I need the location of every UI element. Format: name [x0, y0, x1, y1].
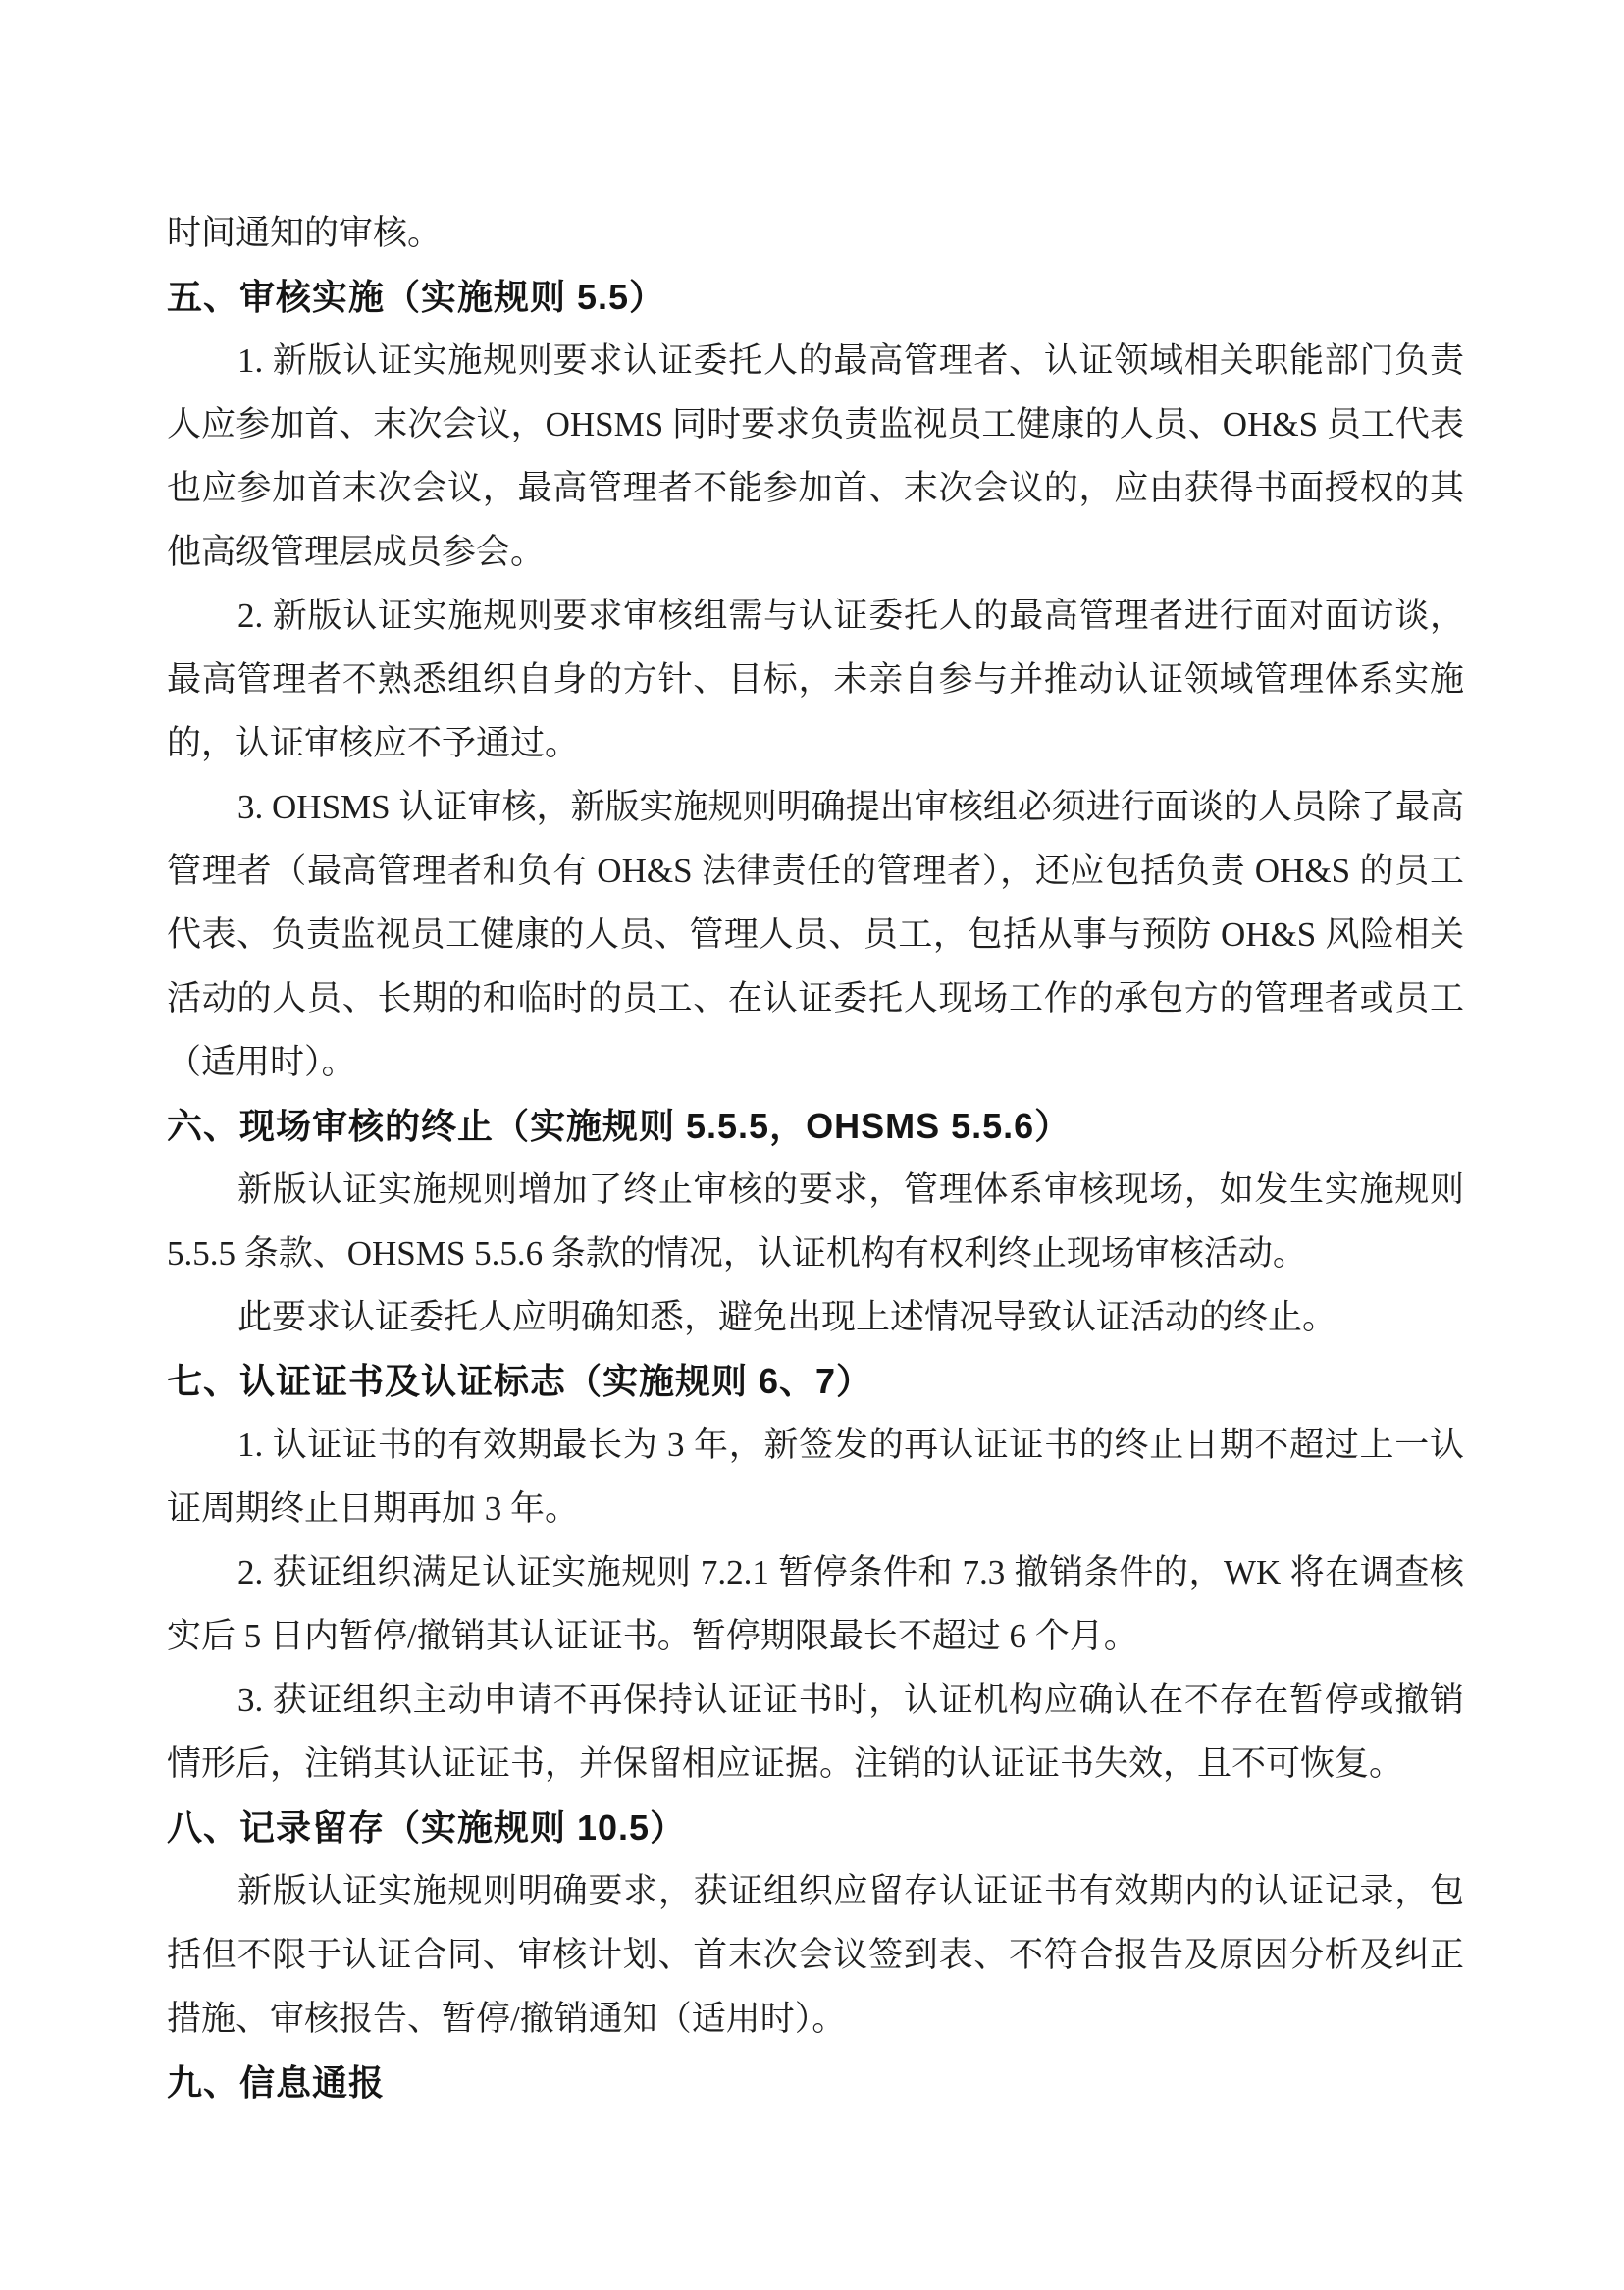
section-9-heading: 九、信息通报 — [167, 2051, 1464, 2114]
continuation-paragraph: 时间通知的审核。 — [167, 201, 1464, 265]
section-5-paragraph-2: 2. 新版认证实施规则要求审核组需与认证委托人的最高管理者进行面对面访谈，最高管… — [167, 584, 1464, 775]
section-5-paragraph-3: 3. OHSMS 认证审核，新版实施规则明确提出审核组必须进行面谈的人员除了最高… — [167, 775, 1464, 1094]
section-5-heading: 五、审核实施（实施规则 5.5） — [167, 265, 1464, 329]
section-8-paragraph-1: 新版认证实施规则明确要求，获证组织应留存认证证书有效期内的认证记录，包括但不限于… — [167, 1859, 1464, 2051]
section-6-paragraph-1: 新版认证实施规则增加了终止审核的要求，管理体系审核现场，如发生实施规则 5.5.… — [167, 1158, 1464, 1285]
section-7-paragraph-3: 3. 获证组织主动申请不再保持认证证书时，认证机构应确认在不存在暂停或撤销情形后… — [167, 1668, 1464, 1796]
scanned-document-page: 时间通知的审核。 五、审核实施（实施规则 5.5） 1. 新版认证实施规则要求认… — [0, 0, 1624, 2290]
section-5-paragraph-1: 1. 新版认证实施规则要求认证委托人的最高管理者、认证领域相关职能部门负责人应参… — [167, 329, 1464, 584]
section-7-paragraph-1: 1. 认证证书的有效期最长为 3 年，新签发的再认证证书的终止日期不超过上一认证… — [167, 1413, 1464, 1540]
section-6-heading: 六、现场审核的终止（实施规则 5.5.5，OHSMS 5.5.6） — [167, 1094, 1464, 1158]
section-7-heading: 七、认证证书及认证标志（实施规则 6、7） — [167, 1349, 1464, 1413]
page-content: 时间通知的审核。 五、审核实施（实施规则 5.5） 1. 新版认证实施规则要求认… — [167, 201, 1464, 2114]
section-6-paragraph-2: 此要求认证委托人应明确知悉，避免出现上述情况导致认证活动的终止。 — [167, 1285, 1464, 1349]
section-8-heading: 八、记录留存（实施规则 10.5） — [167, 1796, 1464, 1859]
section-7-paragraph-2: 2. 获证组织满足认证实施规则 7.2.1 暂停条件和 7.3 撤销条件的，WK… — [167, 1540, 1464, 1668]
